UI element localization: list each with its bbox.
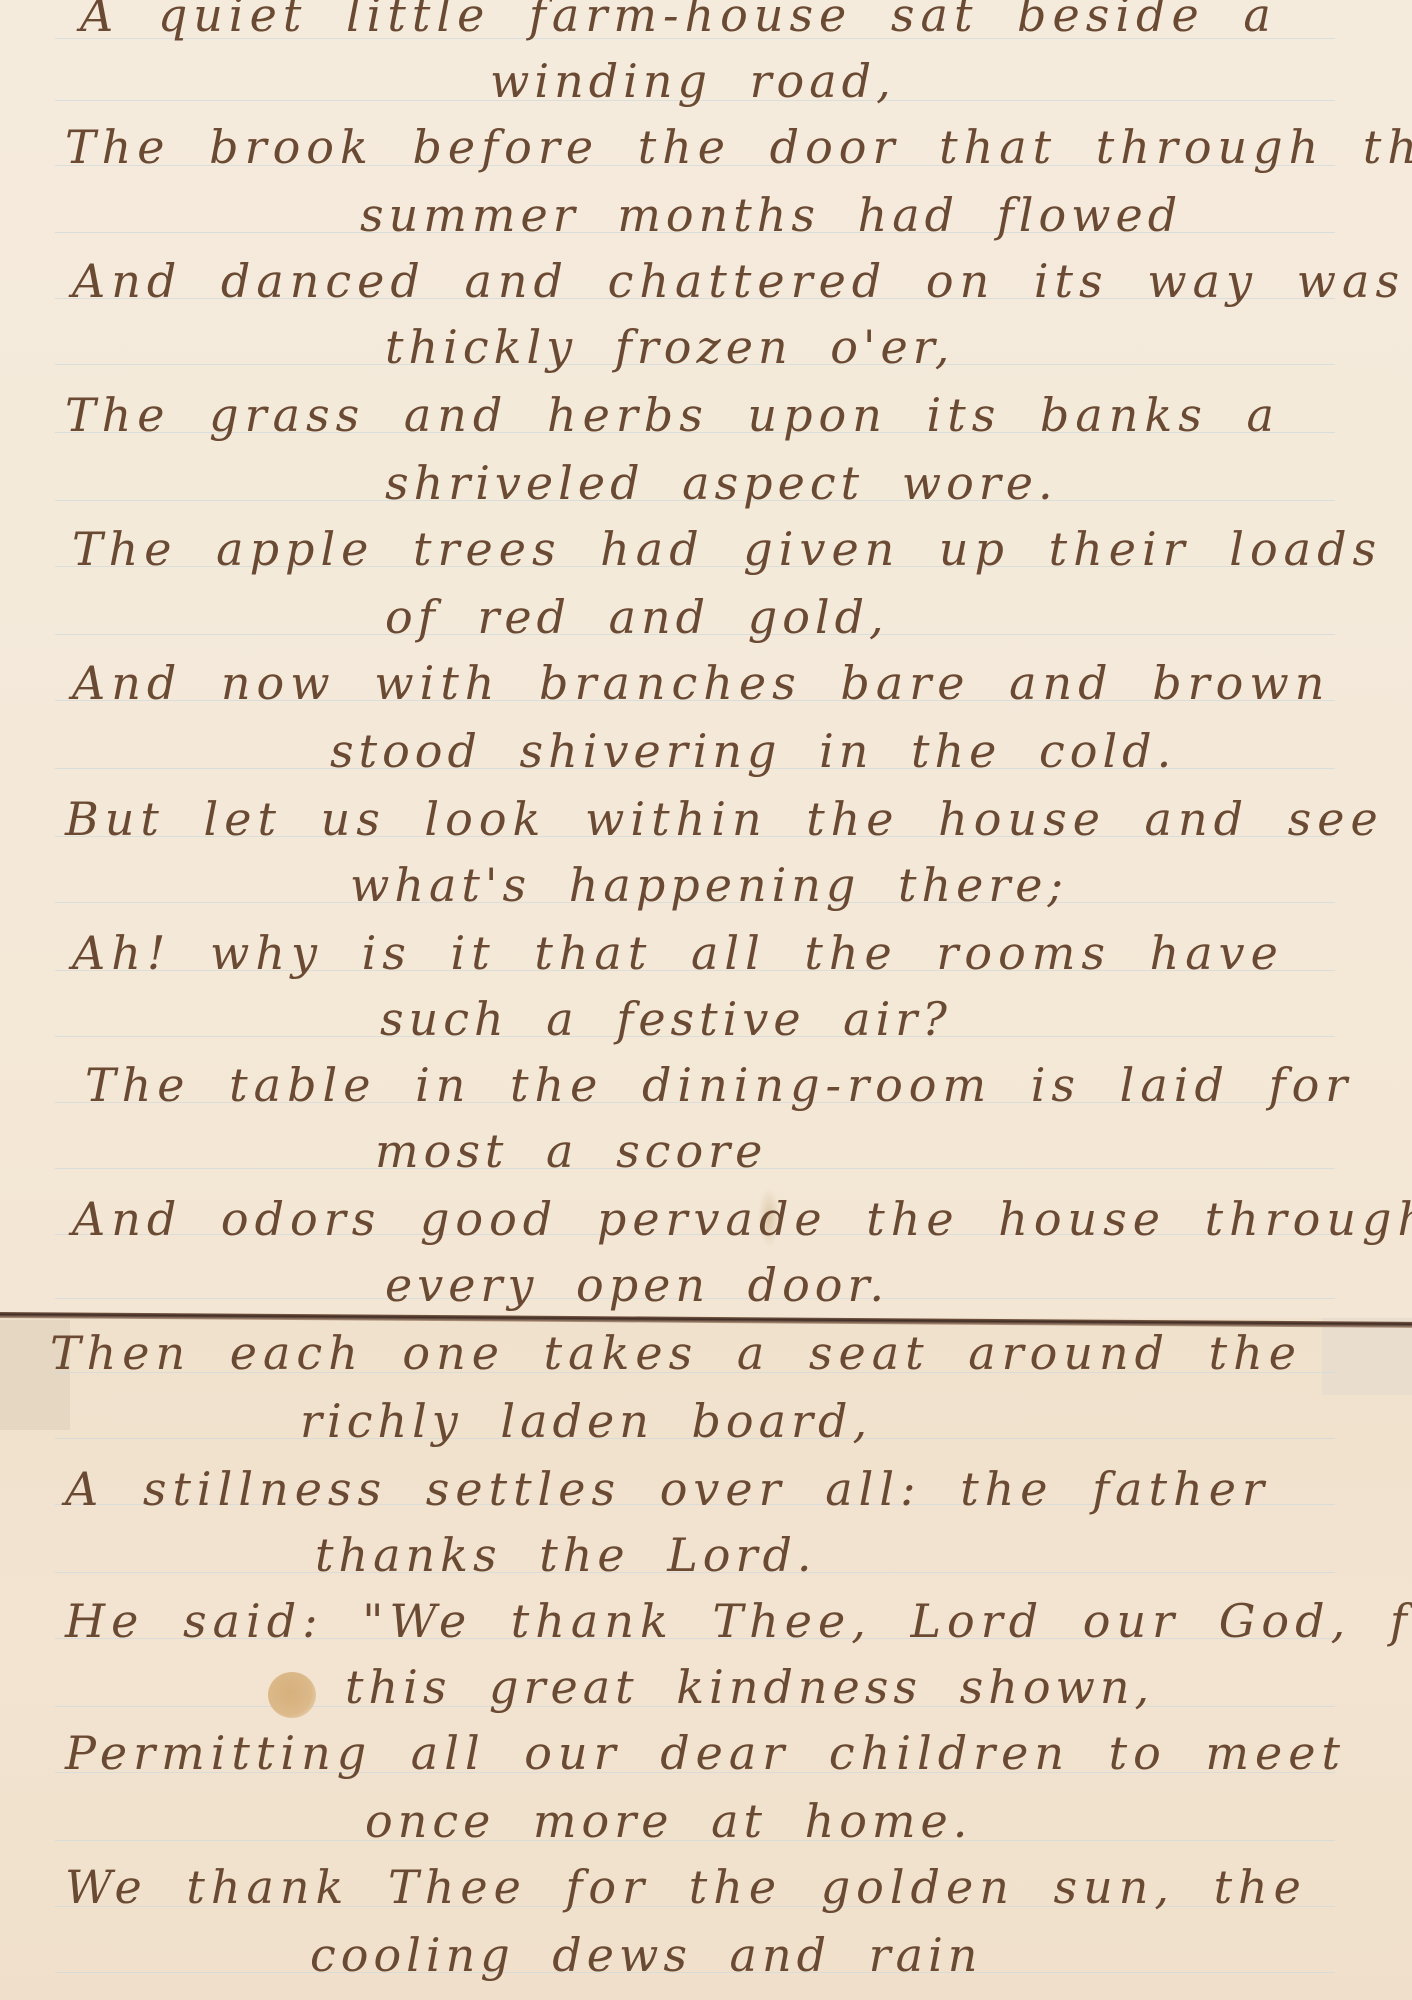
poem-line-continuation: cooling dews and rain bbox=[310, 1932, 982, 1978]
poem-line-continuation: thickly frozen o'er, bbox=[385, 324, 954, 370]
poem-line-continuation: stood shivering in the cold. bbox=[330, 728, 1176, 774]
poem-line-continuation: thanks the Lord. bbox=[315, 1532, 817, 1578]
poem-line: We thank Thee for the golden sun, the bbox=[65, 1864, 1307, 1910]
poem-line: A quiet little farm-house sat beside a bbox=[80, 0, 1277, 38]
poem-line-continuation: most a score bbox=[375, 1128, 767, 1174]
poem-line-continuation: what's happening there; bbox=[350, 862, 1068, 908]
poem-line: Permitting all our dear children to meet bbox=[65, 1730, 1346, 1776]
poem-line: The grass and herbs upon its banks a bbox=[65, 392, 1280, 438]
poem-line-continuation: once more at home. bbox=[365, 1798, 972, 1844]
poem-line: And now with branches bare and brown bbox=[72, 660, 1330, 706]
manuscript-page: A quiet little farm-house sat beside a w… bbox=[0, 0, 1412, 2000]
poem-line: Then each one takes a seat around the bbox=[50, 1330, 1302, 1376]
poem-line: The table in the dining-room is laid for bbox=[85, 1062, 1353, 1108]
poem-line-continuation: of red and gold, bbox=[385, 594, 889, 640]
poem-line: And danced and chattered on its way was bbox=[72, 258, 1405, 304]
poem-line-continuation: such a festive air? bbox=[380, 996, 952, 1042]
poem-line: The brook before the door that through t… bbox=[65, 124, 1412, 170]
poem-line-continuation: every open door. bbox=[385, 1262, 889, 1308]
poem-line: Ah! why is it that all the rooms have bbox=[72, 930, 1284, 976]
poem-line: A stillness settles over all: the father bbox=[65, 1466, 1270, 1512]
poem-line-continuation: this great kindness shown, bbox=[345, 1664, 1154, 1710]
poem-line-continuation: richly laden board, bbox=[300, 1398, 872, 1444]
poem-line: He said: "We thank Thee, Lord our God, f… bbox=[65, 1598, 1412, 1644]
poem-line-continuation: winding road, bbox=[490, 58, 896, 104]
poem-line-continuation: summer months had flowed bbox=[360, 192, 1182, 238]
ink-stain bbox=[268, 1672, 316, 1718]
poem-line: And odors good pervade the house through bbox=[72, 1196, 1412, 1242]
poem-line-continuation: shriveled aspect wore. bbox=[385, 460, 1058, 506]
poem-line: But let us look within the house and see bbox=[65, 796, 1384, 842]
poem-line: The apple trees had given up their loads bbox=[72, 526, 1382, 572]
